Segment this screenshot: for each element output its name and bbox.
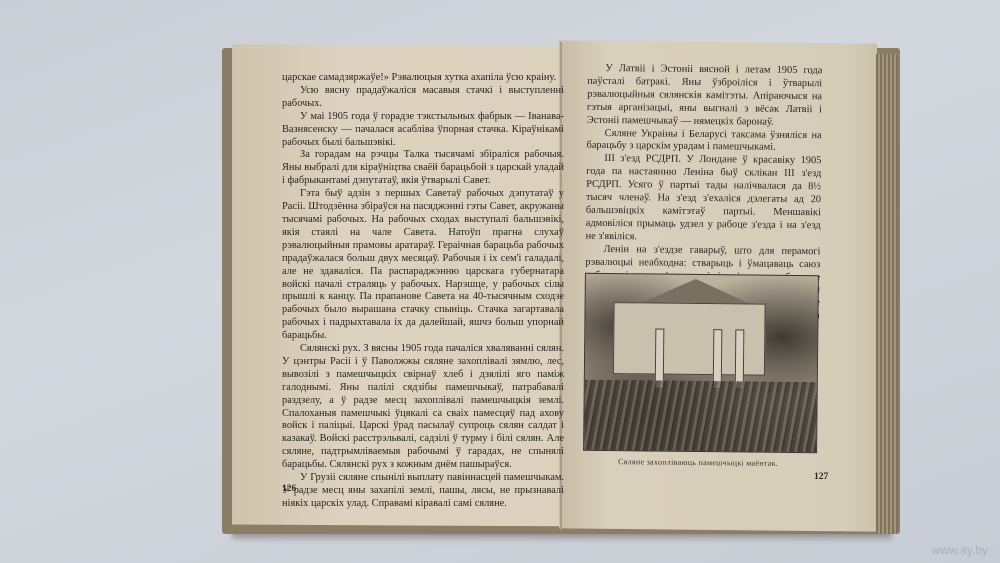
paragraph: царскае самадзяржаўе!» Рэвалюцыя хутка а…	[282, 72, 564, 85]
paragraph: Сялянскі рух. З вясны 1905 года пачаліся…	[282, 343, 564, 472]
paragraph: Сяляне Украіны і Беларусі таксама ўзнялі…	[586, 127, 821, 155]
paragraph: У Латвіі і Эстоніі вясной і летам 1905 г…	[587, 63, 823, 130]
page-number-left: 126	[282, 484, 296, 494]
peasant-crowd	[584, 380, 817, 452]
paragraph: III з'езд РСДРП. У Лондане ў красавіку 1…	[586, 153, 822, 246]
paragraph: У Грузіі сяляне спынілі выплату павіннас…	[282, 472, 564, 511]
left-page-text: царскае самадзяржаўе!» Рэвалюцыя хутка а…	[282, 72, 564, 511]
paragraph: Усю вясну прадаўжаліся масавыя стачкі і …	[282, 85, 564, 111]
paragraph: У маі 1905 года ў горадзе тэкстыльных фа…	[282, 111, 564, 150]
paragraph: Гэта быў адзін з першых Саветаў рабочых …	[282, 188, 564, 343]
open-book: царскае самадзяржаўе!» Рэвалюцыя хутка а…	[222, 42, 900, 537]
page-stack-edge	[876, 54, 898, 534]
paragraph: За горадам на рэчцы Талка тысячамі збіра…	[282, 149, 564, 188]
manor-crowd-illustration	[583, 273, 819, 453]
illustration-caption: Сяляне захопліваюць памешчыцкі маёнтак.	[618, 457, 778, 468]
page-number-right: 127	[814, 472, 828, 482]
house-roof	[638, 278, 754, 305]
watermark: www.ay.by	[932, 543, 988, 557]
